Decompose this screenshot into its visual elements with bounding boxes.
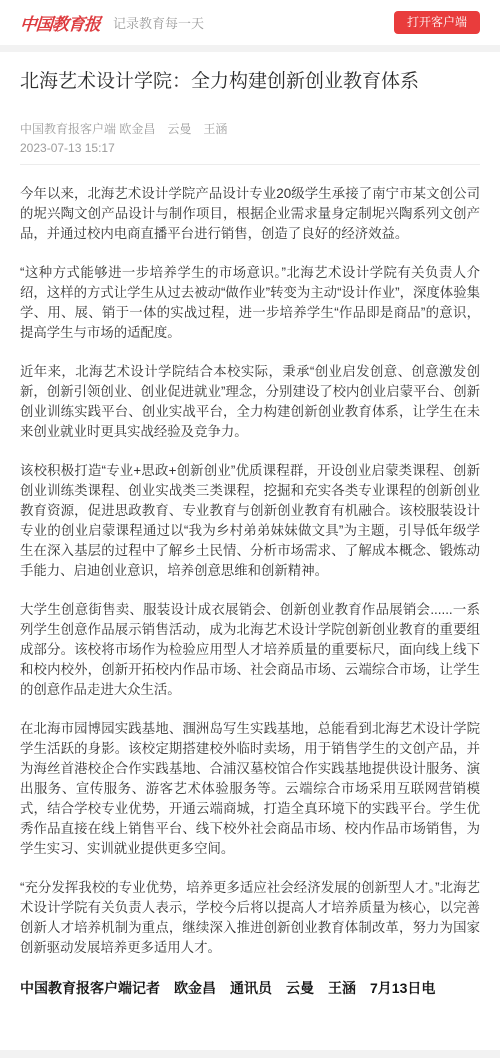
publish-time: 2023-07-13 15:17 bbox=[20, 141, 480, 155]
reporter-credit-line: 中国教育报客户端记者 欧金昌 通讯员 云曼 王涵 7月13日电 bbox=[20, 978, 480, 998]
article-paragraph: “这种方式能够进一步培养学生的市场意识。”北海艺术设计学院有关负责人介绍，这样的… bbox=[20, 263, 480, 343]
article-paragraph: 在北海市园博园实践基地、涠洲岛写生实践基地，总能看到北海艺术设计学院学生活跃的身… bbox=[20, 719, 480, 859]
article-paragraph: 该校积极打造“专业+思政+创新创业”优质课程群，开设创业启蒙类课程、创新创业训练… bbox=[20, 461, 480, 581]
article-title: 北海艺术设计学院：全力构建创新创业教育体系 bbox=[20, 68, 480, 96]
article-page: 中国教育报 记录教育每一天 打开客户端 北海艺术设计学院：全力构建创新创业教育体… bbox=[0, 0, 500, 1058]
article-body: 今年以来，北海艺术设计学院产品设计专业20级学生承接了南宁市某文创公司的坭兴陶文… bbox=[20, 184, 480, 958]
app-tagline: 记录教育每一天 bbox=[113, 13, 204, 32]
article-paragraph: 大学生创意街售卖、服装设计成衣展销会、创新创业教育作品展销会......一系列学… bbox=[20, 600, 480, 700]
article-paragraph: 近年来，北海艺术设计学院结合本校实际，秉承“创业启发创意、创意激发创新，创新引领… bbox=[20, 362, 480, 442]
article-paragraph: 今年以来，北海艺术设计学院产品设计专业20级学生承接了南宁市某文创公司的坭兴陶文… bbox=[20, 184, 480, 244]
article-main: 北海艺术设计学院：全力构建创新创业教育体系 中国教育报客户端 欧金昌 云曼 王涵… bbox=[0, 68, 500, 1058]
app-header: 中国教育报 记录教育每一天 打开客户端 bbox=[0, 0, 500, 45]
header-divider-band bbox=[0, 45, 500, 52]
meta-divider bbox=[20, 164, 480, 165]
app-logo[interactable]: 中国教育报 bbox=[19, 10, 101, 35]
article-byline: 中国教育报客户端 欧金昌 云曼 王涵 bbox=[20, 122, 480, 136]
bottom-divider-band bbox=[0, 1050, 500, 1058]
open-client-button[interactable]: 打开客户端 bbox=[394, 11, 480, 34]
article-paragraph: “充分发挥我校的专业优势，培养更多适应社会经济发展的创新型人才。”北海艺术设计学… bbox=[20, 878, 480, 958]
